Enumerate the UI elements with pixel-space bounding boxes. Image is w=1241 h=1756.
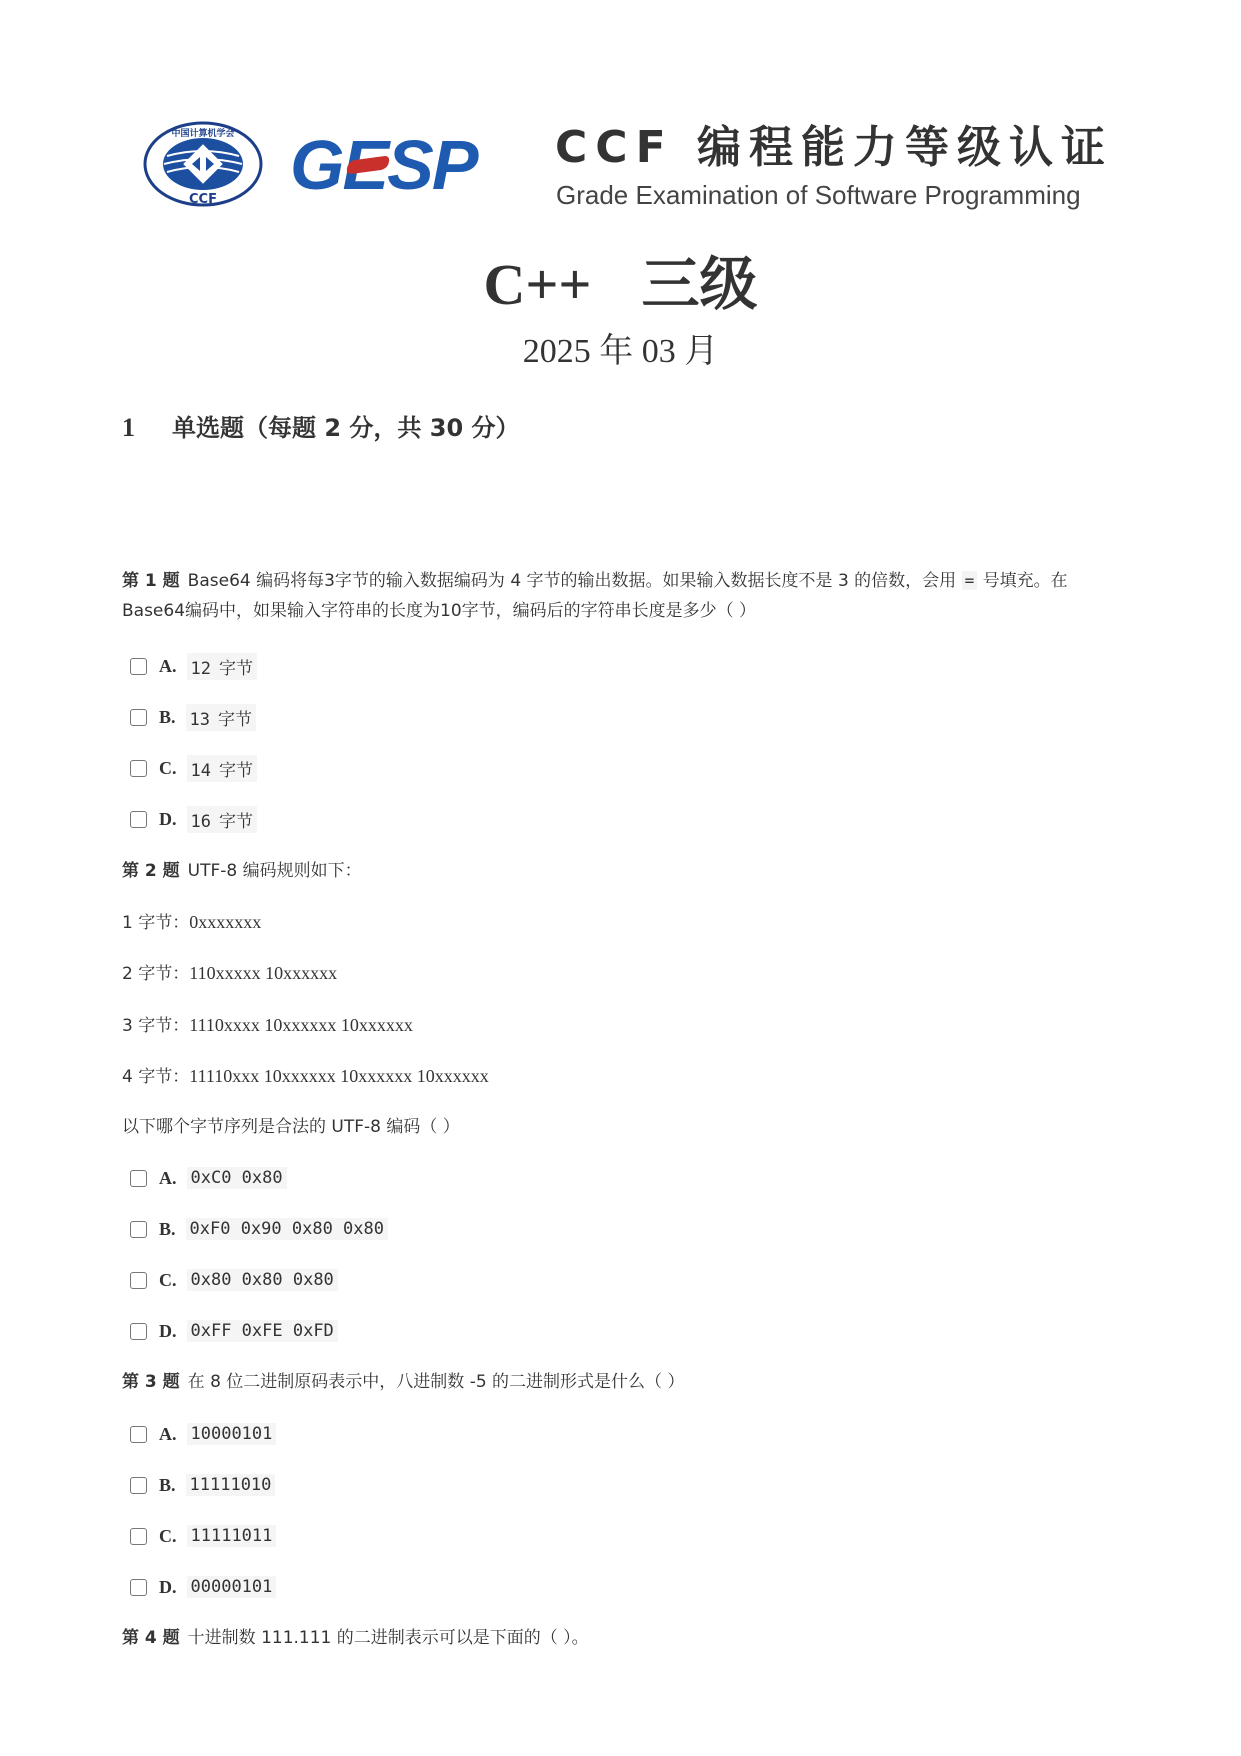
checkbox[interactable] bbox=[130, 1221, 147, 1238]
section-heading: 1单选题（每题 2 分，共 30 分） bbox=[122, 412, 520, 444]
option-q3-b[interactable]: B. 11111010 bbox=[130, 1470, 275, 1500]
option-q3-c[interactable]: C. 11111011 bbox=[130, 1521, 276, 1551]
question-1: 第 1 题Base64 编码将每3字节的输入数据编码为 4 字节的输出数据。如果… bbox=[122, 566, 1122, 626]
option-value: 0x80 0x80 0x80 bbox=[187, 1269, 338, 1291]
option-q1-a[interactable]: A. 12字节 bbox=[130, 651, 257, 681]
option-q2-b[interactable]: B. 0xF0 0x90 0x80 0x80 bbox=[130, 1214, 388, 1244]
checkbox[interactable] bbox=[130, 1477, 147, 1494]
option-value: 11111010 bbox=[186, 1474, 276, 1496]
question-text: 在 8 位二进制原码表示中，八进制数 -5 的二进制形式是什么（ ） bbox=[188, 1372, 685, 1392]
question-4: 第 4 题十进制数 111.111 的二进制表示可以是下面的（ ）。 bbox=[122, 1623, 1122, 1653]
option-q2-c[interactable]: C. 0x80 0x80 0x80 bbox=[130, 1265, 338, 1295]
checkbox[interactable] bbox=[130, 1426, 147, 1443]
option-value: 16字节 bbox=[187, 806, 257, 833]
question-text: Base64 编码将每3字节的输入数据编码为 4 字节的输出数据。如果输入数据长… bbox=[188, 571, 962, 591]
option-letter: C. bbox=[159, 1270, 177, 1291]
option-q1-d[interactable]: D. 16字节 bbox=[130, 804, 257, 834]
option-value: 11111011 bbox=[187, 1525, 277, 1547]
question-2: 第 2 题UTF-8 编码规则如下： bbox=[122, 856, 1122, 886]
option-q1-c[interactable]: C. 14字节 bbox=[130, 753, 257, 783]
checkbox[interactable] bbox=[130, 1323, 147, 1340]
utf8-rule-2: 2 字节：110xxxxx 10xxxxxx bbox=[122, 958, 337, 989]
checkbox[interactable] bbox=[130, 811, 147, 828]
option-value: 12字节 bbox=[187, 653, 257, 680]
utf8-rule-3: 3 字节：1110xxxx 10xxxxxx 10xxxxxx bbox=[122, 1010, 413, 1041]
utf8-rule-4: 4 字节：11110xxx 10xxxxxx 10xxxxxx 10xxxxxx bbox=[122, 1061, 489, 1092]
page-title: C++三级 bbox=[0, 252, 1241, 317]
utf8-rule-1: 1 字节：0xxxxxxx bbox=[122, 907, 261, 938]
inline-code: = bbox=[962, 571, 978, 590]
option-letter: B. bbox=[159, 1219, 176, 1240]
exam-header: CCF 中国计算机学会 GESP CCF 编程能力等级认证 Grade Exam… bbox=[140, 108, 1120, 218]
checkbox[interactable] bbox=[130, 1528, 147, 1545]
question-text: 十进制数 111.111 的二进制表示可以是下面的（ ）。 bbox=[188, 1628, 589, 1648]
option-letter: C. bbox=[159, 1526, 177, 1547]
option-q2-d[interactable]: D. 0xFF 0xFE 0xFD bbox=[130, 1316, 338, 1346]
option-letter: C. bbox=[159, 758, 177, 779]
question-prompt: 以下哪个字节序列是合法的 UTF-8 编码（ ） bbox=[122, 1112, 460, 1142]
option-letter: A. bbox=[159, 656, 177, 677]
option-letter: B. bbox=[159, 1475, 176, 1496]
svg-text:中国计算机学会: 中国计算机学会 bbox=[171, 127, 234, 139]
question-number: 第 3 题 bbox=[122, 1372, 180, 1392]
option-q2-a[interactable]: A. 0xC0 0x80 bbox=[130, 1163, 287, 1193]
option-q1-b[interactable]: B. 13字节 bbox=[130, 702, 256, 732]
section-number: 1 bbox=[122, 412, 172, 444]
title-level: 三级 bbox=[641, 250, 757, 318]
question-number: 第 2 题 bbox=[122, 861, 180, 881]
exam-date: 2025 年 03 月 bbox=[0, 332, 1241, 372]
question-text: UTF-8 编码规则如下： bbox=[188, 861, 362, 881]
option-value: 00000101 bbox=[187, 1576, 277, 1598]
checkbox[interactable] bbox=[130, 1272, 147, 1289]
option-value: 0xC0 0x80 bbox=[187, 1167, 287, 1189]
brand-title-cn: CCF 编程能力等级认证 bbox=[555, 124, 1113, 172]
option-letter: A. bbox=[159, 1424, 177, 1445]
checkbox[interactable] bbox=[130, 1170, 147, 1187]
option-value: 10000101 bbox=[187, 1423, 277, 1445]
option-letter: D. bbox=[159, 809, 177, 830]
option-value: 13字节 bbox=[186, 704, 256, 731]
checkbox[interactable] bbox=[130, 709, 147, 726]
question-3: 第 3 题在 8 位二进制原码表示中，八进制数 -5 的二进制形式是什么（ ） bbox=[122, 1367, 1122, 1397]
ccf-logo-icon: CCF 中国计算机学会 bbox=[142, 120, 264, 208]
option-letter: B. bbox=[159, 707, 176, 728]
option-value: 0xF0 0x90 0x80 0x80 bbox=[186, 1218, 388, 1240]
section-label: 单选题（每题 2 分，共 30 分） bbox=[172, 414, 520, 442]
option-value: 0xFF 0xFE 0xFD bbox=[187, 1320, 338, 1342]
checkbox[interactable] bbox=[130, 760, 147, 777]
option-q3-d[interactable]: D. 00000101 bbox=[130, 1572, 276, 1602]
gesp-logo: GESP bbox=[290, 130, 500, 200]
checkbox[interactable] bbox=[130, 1579, 147, 1596]
option-letter: A. bbox=[159, 1168, 177, 1189]
question-number: 第 4 题 bbox=[122, 1628, 180, 1648]
brand-title-en: Grade Examination of Software Programmin… bbox=[556, 180, 1081, 210]
title-language: C++ bbox=[483, 252, 591, 317]
option-value: 14字节 bbox=[187, 755, 257, 782]
svg-text:CCF: CCF bbox=[189, 192, 217, 207]
option-letter: D. bbox=[159, 1577, 177, 1598]
option-q3-a[interactable]: A. 10000101 bbox=[130, 1419, 276, 1449]
option-letter: D. bbox=[159, 1321, 177, 1342]
question-number: 第 1 题 bbox=[122, 571, 180, 591]
checkbox[interactable] bbox=[130, 658, 147, 675]
